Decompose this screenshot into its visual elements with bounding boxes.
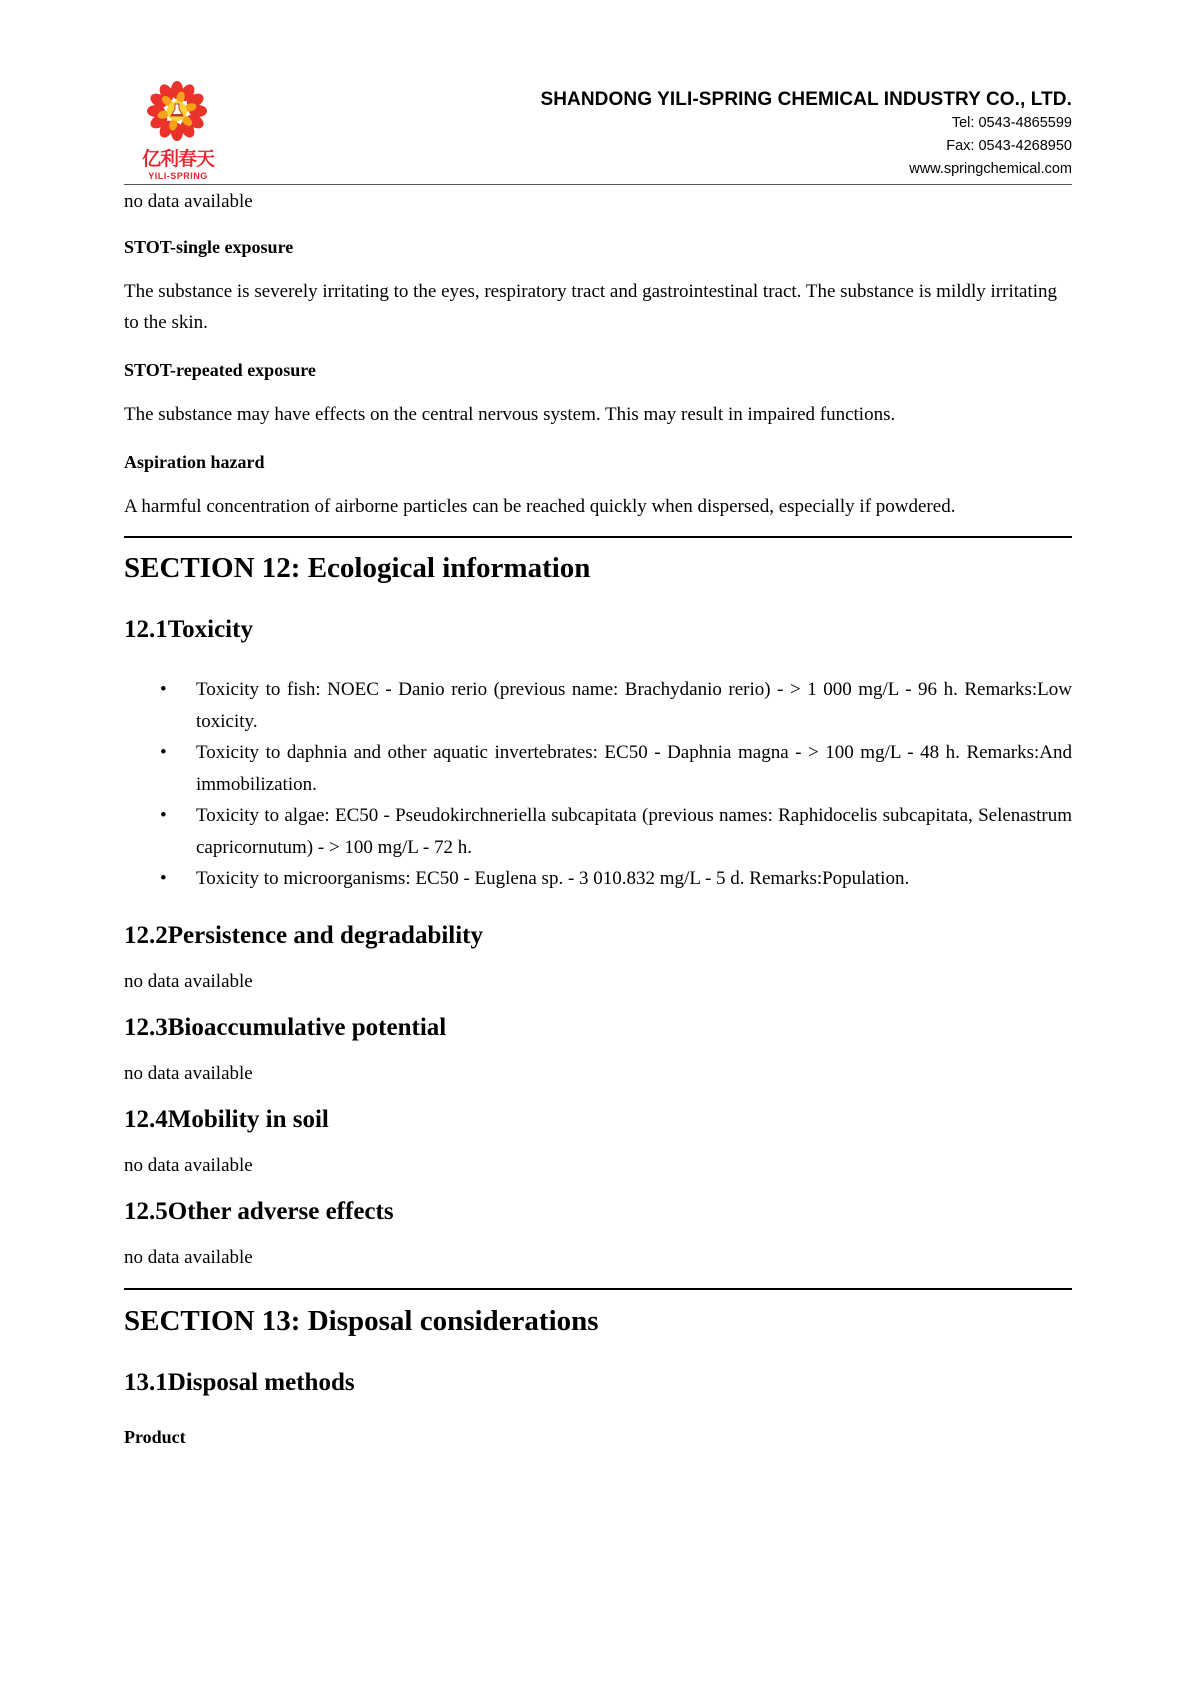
other-effects-text: no data available [124, 1242, 1072, 1273]
persistence-text: no data available [124, 966, 1072, 997]
disposal-methods-heading: 13.1Disposal methods [124, 1367, 1072, 1399]
logo-chinese-text: 亿利春天 [138, 148, 218, 170]
bioaccumulative-heading: 12.3Bioaccumulative potential [124, 1012, 1072, 1044]
company-website[interactable]: www.springchemical.com [540, 158, 1072, 181]
company-logo: 亿利春天 YILI-SPRING [138, 80, 218, 184]
section-divider [124, 1288, 1072, 1290]
logo-english-text: YILI-SPRING [138, 170, 218, 182]
stot-repeated-heading: STOT-repeated exposure [124, 358, 1072, 382]
stot-single-text: The substance is severely irritating to … [124, 276, 1072, 338]
company-name: SHANDONG YILI-SPRING CHEMICAL INDUSTRY C… [540, 88, 1072, 112]
section-divider [124, 536, 1072, 538]
bullet-icon: • [160, 674, 167, 706]
bullet-icon: • [160, 863, 167, 895]
stot-single-heading: STOT-single exposure [124, 235, 1072, 259]
bullet-icon: • [160, 800, 167, 832]
bioaccumulative-text: no data available [124, 1058, 1072, 1089]
mobility-text: no data available [124, 1150, 1072, 1181]
list-item: •Toxicity to algae: EC50 - Pseudokirchne… [124, 800, 1072, 863]
toxicity-list: •Toxicity to fish: NOEC - Danio rerio (p… [124, 674, 1072, 895]
company-fax: Fax: 0543-4268950 [540, 135, 1072, 158]
no-data-text: no data available [124, 186, 1072, 217]
persistence-heading: 12.2Persistence and degradability [124, 920, 1072, 952]
sds-page: 亿利春天 YILI-SPRING SHANDONG YILI-SPRING CH… [0, 0, 1190, 1683]
toxicity-heading: 12.1Toxicity [124, 614, 1072, 646]
bullet-icon: • [160, 737, 167, 769]
section13-title: SECTION 13: Disposal considerations [124, 1303, 1072, 1339]
aspiration-heading: Aspiration hazard [124, 450, 1072, 474]
company-info: SHANDONG YILI-SPRING CHEMICAL INDUSTRY C… [540, 88, 1072, 181]
sunflower-flask-logo-icon [146, 80, 208, 142]
list-item: •Toxicity to daphnia and other aquatic i… [124, 737, 1072, 800]
other-effects-heading: 12.5Other adverse effects [124, 1196, 1072, 1228]
stot-repeated-text: The substance may have effects on the ce… [124, 399, 1072, 430]
list-item: •Toxicity to microorganisms: EC50 - Eugl… [124, 863, 1072, 895]
mobility-heading: 12.4Mobility in soil [124, 1104, 1072, 1136]
list-item: •Toxicity to fish: NOEC - Danio rerio (p… [124, 674, 1072, 737]
aspiration-text: A harmful concentration of airborne part… [124, 491, 1072, 522]
section12-title: SECTION 12: Ecological information [124, 550, 1072, 586]
product-heading: Product [124, 1425, 1072, 1449]
company-tel: Tel: 0543-4865599 [540, 112, 1072, 135]
header-divider [124, 184, 1072, 185]
